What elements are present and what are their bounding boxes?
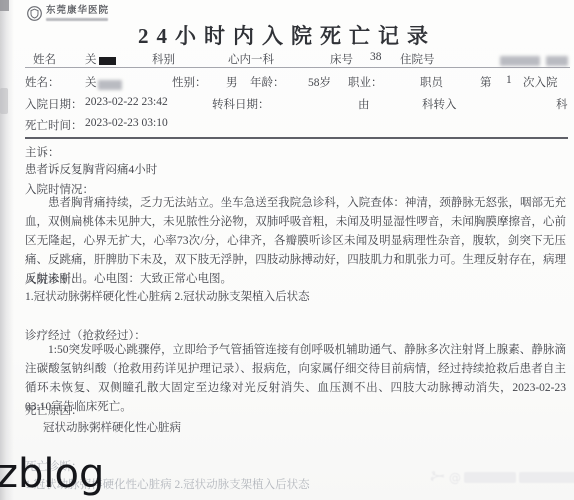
sex-label: 性别： bbox=[172, 74, 207, 90]
admission-no-redaction-2 bbox=[546, 56, 568, 66]
occupation-label: 职业： bbox=[348, 74, 383, 90]
date-row: 入院日期： 2023-02-22 23:42 转科日期： 由 科转入 科 bbox=[0, 96, 574, 113]
patient-info-row: 姓名： 关 性别： 男 年龄： 58岁 职业： 职员 第 1 次入院 bbox=[0, 74, 574, 91]
header-admission-no-label: 住院号 bbox=[400, 51, 435, 67]
visit-suffix: 次入院 bbox=[523, 74, 558, 90]
transfer-in-text: 科转入 bbox=[422, 96, 457, 112]
header-bed-label: 床号 bbox=[330, 51, 353, 67]
death-cause-label: 死亡原因： bbox=[25, 402, 83, 418]
name-redaction-blur bbox=[98, 80, 122, 90]
name-redaction-bar bbox=[99, 57, 116, 65]
header-dept-value: 心内一科 bbox=[228, 51, 274, 67]
zblog-watermark: zblog bbox=[0, 452, 104, 496]
photo-watermark: @ bbox=[430, 469, 574, 486]
age-value: 58岁 bbox=[308, 74, 331, 90]
scissors-icon bbox=[430, 469, 446, 486]
transfer-date-label: 转科日期： bbox=[212, 96, 270, 112]
death-record-document: 东莞康华医院 24小时内入院死亡记录 姓名 关 科别 心内一科 床号 38 住院… bbox=[0, 0, 574, 500]
header-bed-value: 38 bbox=[370, 51, 382, 63]
chief-complaint-text: 患者诉反复胸背闷痛4小时 bbox=[25, 161, 157, 177]
header-dept-label: 科别 bbox=[152, 51, 175, 67]
sex-value: 男 bbox=[226, 74, 238, 90]
occupation-value: 职员 bbox=[420, 74, 443, 90]
death-time-row: 死亡时间： 2023-02-23 03:10 bbox=[0, 117, 574, 134]
chief-complaint-label: 主诉： bbox=[25, 144, 60, 160]
admission-date-value: 2023-02-22 23:42 bbox=[85, 96, 168, 108]
photo-corner-mark bbox=[0, 0, 9, 11]
transfer-from-text: 由 bbox=[358, 96, 370, 112]
header-row: 姓名 关 科别 心内一科 床号 38 住院号 bbox=[0, 51, 574, 68]
admission-condition-text: 患者胸背痛持续，乏力无法站立。坐车急送至我院急诊科，入院查体：神清，颈静脉无怒张… bbox=[25, 194, 566, 289]
watermark-text-blur-1 bbox=[464, 472, 516, 483]
hospital-name: 东莞康华医院 bbox=[46, 6, 109, 16]
header-row-underline bbox=[25, 67, 570, 68]
transfer-dept-text: 科 bbox=[556, 96, 568, 112]
age-label: 年龄： bbox=[250, 74, 285, 90]
hospital-logo: 东莞康华医院 bbox=[27, 6, 109, 21]
death-time-label: 死亡时间： bbox=[25, 117, 83, 133]
hospital-crest-icon bbox=[27, 6, 42, 21]
header-name-value: 关 bbox=[85, 51, 97, 67]
admission-date-label: 入院日期： bbox=[25, 96, 83, 112]
name-label: 姓名： bbox=[25, 74, 60, 90]
section-divider bbox=[25, 137, 568, 139]
admission-diagnosis-label: 入院诊断： bbox=[25, 271, 83, 287]
name-value: 关 bbox=[85, 74, 97, 90]
watermark-at-symbol: @ bbox=[449, 471, 461, 485]
admission-diagnosis-text: 1.冠状动脉粥样硬化性心脏病 2.冠状动脉支架植入后状态 bbox=[25, 288, 310, 304]
document-title: 24小时内入院死亡记录 bbox=[0, 20, 574, 50]
death-cause-text: 冠状动脉粥样硬化性心脏病 bbox=[43, 419, 181, 435]
header-name-label: 姓名 bbox=[33, 51, 56, 67]
watermark-text-blur-2 bbox=[519, 472, 574, 483]
admission-no-redaction bbox=[500, 56, 540, 66]
treatment-course-text: 1:50突发呼吸心跳骤停，立即给予气管插管连接有创呼吸机辅助通气、静脉多次注射肾… bbox=[25, 341, 566, 417]
death-time-value: 2023-02-23 03:10 bbox=[85, 117, 168, 129]
visit-number: 1 bbox=[506, 74, 512, 86]
visit-prefix: 第 bbox=[480, 74, 492, 90]
